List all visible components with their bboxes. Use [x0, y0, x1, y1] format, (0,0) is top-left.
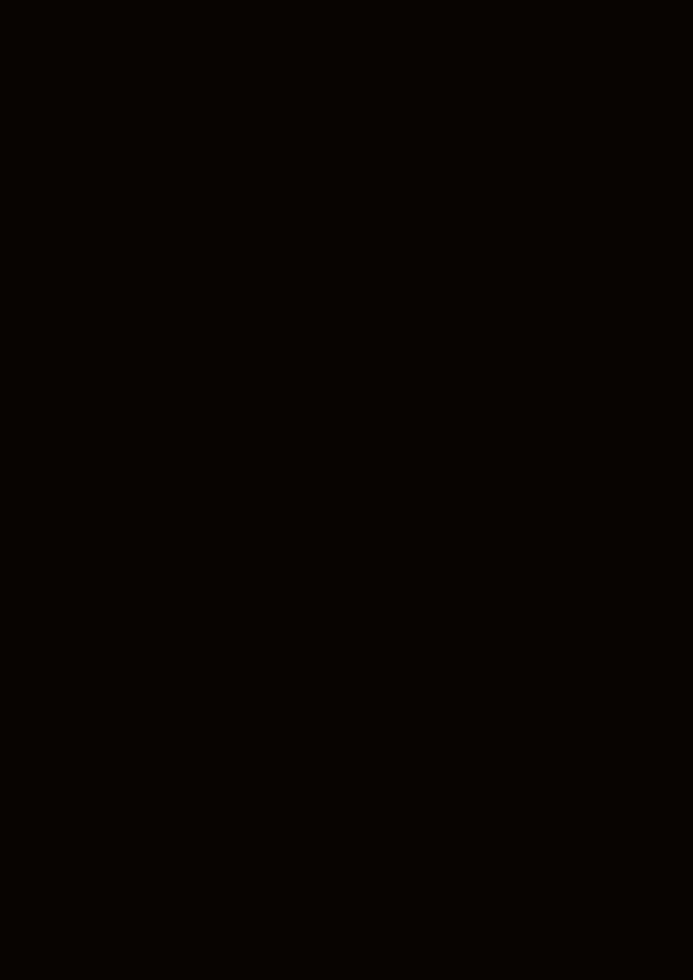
- manuscript-line: cuyos nombres se expresan al margen; y d…: [177, 230, 687, 257]
- page-number: 670: [40, 25, 123, 65]
- manuscript-line: gunas ligeras modificaciones en dicho pr…: [180, 832, 690, 859]
- attendee-name: „ Berenciano: [59, 206, 167, 224]
- attendee-name: „ Sánchez (D.J.): [58, 153, 166, 171]
- manuscript-line: venta y uno, y siendo las seis de la tar…: [176, 133, 686, 160]
- manuscript-page: 670 Sesión ordinaria del dia 17 de Enero…: [28, 14, 693, 965]
- margin-note-memoriales: Memoriales de D. Bonifacio: [34, 871, 129, 915]
- aphc-watermark: APHC: [540, 870, 666, 931]
- manuscript-line: ria del día 12 del corriente mes, dirigi…: [179, 712, 689, 739]
- margin-note-exposicion: Exposición á la Diputación Foral y Prov.: [39, 633, 128, 699]
- manuscript-line: posiciones legales, se acuerda continúe …: [178, 543, 688, 570]
- manuscript-line: ronse y constituyéronse en sesión ordina…: [176, 158, 686, 185]
- manuscript-line: y celebrándose la votación en todas las …: [179, 591, 689, 618]
- manuscript-line: sobre el particular establecen las vigen…: [178, 519, 688, 546]
- manuscript-line: les, á diez y siete de Enero de mil ocho…: [176, 109, 686, 136]
- manuscript-line: sirva aprobar el impuesto del vino en ge…: [180, 784, 690, 811]
- manuscript-line: aprobada.: [177, 278, 687, 305]
- attendee-name: „ Campos: [59, 224, 167, 242]
- manuscript-line: plica á la Exma. Diputación al fin de qu…: [179, 736, 689, 763]
- attendee-name: „ Poyales: [58, 135, 166, 153]
- manuscript-line: reponga su decreto fecha 9 del que cursa…: [179, 760, 689, 787]
- manuscript-line: En la ciudad de Corella y sus Casas Cons…: [176, 85, 686, 112]
- manuscript-line: ral. Enterado el Ayuntamiento, y hechas …: [180, 808, 690, 835]
- manuscript-line: siguiente: D. José Sanz, cinco votos; D.…: [178, 399, 688, 426]
- manuscript-line: bajo la presidencia del Sr. Alcalde inte…: [176, 182, 686, 209]
- manuscript-line: En vista de que la votación celebrada no…: [178, 447, 688, 474]
- manuscript-line: sucesivas hasta llenar aquel requisito: [179, 615, 689, 642]
- manuscript-line: de exposición redactado por las oficinas…: [179, 664, 689, 691]
- manuscript-line: sustitución del finado, dando el resulta…: [177, 374, 687, 401]
- attendees-list: „ Ruiz „ Poyales „ Sánchez (D.J.) „ Sánc…: [58, 117, 167, 260]
- manuscript-photo: 670 Sesión ordinaria del dia 17 de Enero…: [0, 0, 693, 980]
- manuscript-line: da lectura del acta de la anterior, qued…: [177, 254, 687, 281]
- manuscript-line: D. José Sanz Igúzquiza, los Sres. Concej…: [177, 206, 687, 233]
- manuscript-line: ciendo aquel cargo interinamente el Sr. …: [178, 567, 688, 594]
- margin-column: S.S. Presidente „ Ruiz „ Poyales „ Sánch…: [28, 17, 148, 18]
- body-text: En la ciudad de Corella y sus Casas Cons…: [176, 85, 690, 931]
- manuscript-line: diente para el nombramiento de Alcalde e…: [177, 350, 687, 377]
- attendee-name: „ Sesma: [58, 188, 166, 206]
- session-header: Sesión ordinaria del dia 17 de Enero de …: [177, 28, 665, 67]
- manuscript-line: gún Concejal, y teniendo en cuenta lo qu…: [178, 495, 688, 522]
- attendees-heading: S.S. Presidente: [54, 97, 150, 115]
- manuscript-line: guel Poyales, uno; y D. Manuel Campos, d…: [178, 423, 688, 450]
- manuscript-line: Seguidamente dióse lectura del proyecto: [179, 639, 689, 666]
- underline-flourish-icon: [59, 241, 175, 260]
- manuscript-line: formidad con lo acordado en sesión extra…: [179, 688, 689, 715]
- attendee-name: „ Sánchez (D.E.): [58, 170, 166, 188]
- manuscript-line: Entrando en el órden del día, proce-: [177, 302, 687, 329]
- margin-note-votacion: Votación del Alcalde: [37, 305, 117, 349]
- manuscript-line: dióse, como primer acto, á la votación c…: [177, 326, 687, 353]
- manuscript-line: rroja una mayoría absoluta en favor de n…: [178, 471, 688, 498]
- attendee-name: „ Ruiz: [58, 117, 166, 135]
